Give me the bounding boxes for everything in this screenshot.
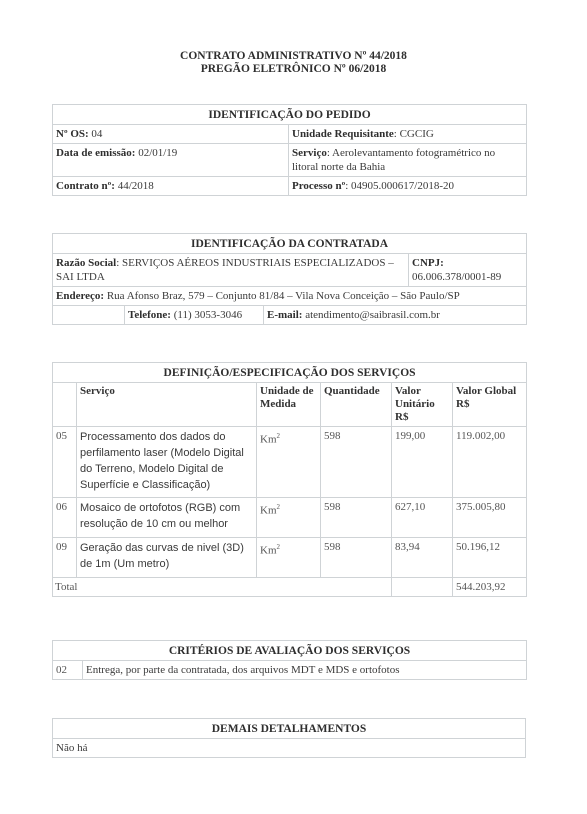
section-heading: DEMAIS DETALHAMENTOS bbox=[53, 719, 526, 739]
process-cell: Processo nº: 04905.000617/2018-20 bbox=[289, 177, 527, 196]
document-title: CONTRATO ADMINISTRATIVO Nº 44/2018 PREGÃ… bbox=[0, 50, 587, 76]
total-value: 544.203,92 bbox=[453, 578, 527, 597]
quantity: 598 bbox=[321, 498, 392, 538]
auction-title: PREGÃO ELETRÔNICO Nº 06/2018 bbox=[0, 63, 587, 76]
unit: Km2 bbox=[257, 427, 321, 498]
phone-value: (11) 3053-3046 bbox=[171, 309, 242, 321]
total-price: 50.196,12 bbox=[453, 538, 527, 578]
service-description: Mosaico de ortofotos (RGB) com resolução… bbox=[77, 498, 257, 538]
table-row: 06 Mosaico de ortofotos (RGB) com resolu… bbox=[53, 498, 527, 538]
item-number: 09 bbox=[53, 538, 77, 578]
service-description: Geração das curvas de nivel (3D) de 1m (… bbox=[77, 538, 257, 578]
evaluation-criteria-table: CRITÉRIOS DE AVALIAÇÃO DOS SERVIÇOS 02 E… bbox=[52, 640, 527, 680]
os-cell: Nº OS: 04 bbox=[53, 125, 289, 144]
table-row: 05 Processamento dos dados do perfilamen… bbox=[53, 427, 527, 498]
process-value: : 04905.000617/2018-20 bbox=[345, 180, 454, 192]
unit-value: : CGCIG bbox=[394, 128, 434, 140]
issue-date-cell: Data de emissão: 02/01/19 bbox=[53, 144, 289, 177]
service-description: Processamento dos dados do perfilamento … bbox=[77, 427, 257, 498]
section-heading: DEFINIÇÃO/ESPECIFICAÇÃO DOS SERVIÇOS bbox=[53, 363, 527, 383]
column-header-item bbox=[53, 383, 77, 427]
column-header-unit-price: Valor Unitário R$ bbox=[392, 383, 453, 427]
order-identification-table: IDENTIFICAÇÃO DO PEDIDO Nº OS: 04 Unidad… bbox=[52, 104, 527, 196]
unit-price: 627,10 bbox=[392, 498, 453, 538]
empty-cell bbox=[392, 578, 453, 597]
unit-cell: Unidade Requisitante: CGCIG bbox=[289, 125, 527, 144]
other-details-table: DEMAIS DETALHAMENTOS Não há bbox=[52, 718, 526, 758]
issue-date-value: 02/01/19 bbox=[135, 147, 177, 159]
contract-value: 44/2018 bbox=[115, 180, 154, 192]
item-number: 06 bbox=[53, 498, 77, 538]
criteria-text: Entrega, por parte da contratada, dos ar… bbox=[83, 661, 527, 680]
contractor-identification-table: IDENTIFICAÇÃO DA CONTRATADA Razão Social… bbox=[52, 233, 527, 325]
cnpj-value: 06.006.378/0001-89 bbox=[412, 271, 501, 283]
column-header-unit: Unidade de Medida bbox=[257, 383, 321, 427]
section-heading: CRITÉRIOS DE AVALIAÇÃO DOS SERVIÇOS bbox=[53, 641, 527, 661]
empty-cell bbox=[53, 306, 125, 325]
total-row: Total 544.203,92 bbox=[53, 578, 527, 597]
cnpj-cell: CNPJ:06.006.378/0001-89 bbox=[409, 254, 527, 287]
address-value: Rua Afonso Braz, 579 – Conjunto 81/84 – … bbox=[104, 290, 460, 302]
services-table: DEFINIÇÃO/ESPECIFICAÇÃO DOS SERVIÇOS Ser… bbox=[52, 362, 527, 597]
service-cell: Serviço: Aerolevantamento fotogramétrico… bbox=[289, 144, 527, 177]
details-text: Não há bbox=[53, 739, 526, 758]
column-header-service: Serviço bbox=[77, 383, 257, 427]
address-cell: Endereço: Rua Afonso Braz, 579 – Conjunt… bbox=[53, 287, 527, 306]
contract-title: CONTRATO ADMINISTRATIVO Nº 44/2018 bbox=[0, 50, 587, 63]
criteria-item-number: 02 bbox=[53, 661, 83, 680]
email-cell: E-mail: atendimento@saibrasil.com.br bbox=[264, 306, 527, 325]
company-name-cell: Razão Social: SERVIÇOS AÉREOS INDUSTRIAI… bbox=[53, 254, 409, 287]
unit-price: 83,94 bbox=[392, 538, 453, 578]
section-heading: IDENTIFICAÇÃO DO PEDIDO bbox=[53, 105, 527, 125]
table-row: 09 Geração das curvas de nivel (3D) de 1… bbox=[53, 538, 527, 578]
column-header-quantity: Quantidade bbox=[321, 383, 392, 427]
total-price: 119.002,00 bbox=[453, 427, 527, 498]
unit: Km2 bbox=[257, 538, 321, 578]
unit: Km2 bbox=[257, 498, 321, 538]
total-price: 375.005,80 bbox=[453, 498, 527, 538]
column-header-total-price: Valor Global R$ bbox=[453, 383, 527, 427]
os-value: 04 bbox=[89, 128, 103, 140]
phone-cell: Telefone: (11) 3053-3046 bbox=[125, 306, 264, 325]
quantity: 598 bbox=[321, 538, 392, 578]
item-number: 05 bbox=[53, 427, 77, 498]
email-value: atendimento@saibrasil.com.br bbox=[302, 309, 440, 321]
contract-cell: Contrato nº: 44/2018 bbox=[53, 177, 289, 196]
total-label: Total bbox=[53, 578, 392, 597]
unit-price: 199,00 bbox=[392, 427, 453, 498]
quantity: 598 bbox=[321, 427, 392, 498]
section-heading: IDENTIFICAÇÃO DA CONTRATADA bbox=[53, 234, 527, 254]
